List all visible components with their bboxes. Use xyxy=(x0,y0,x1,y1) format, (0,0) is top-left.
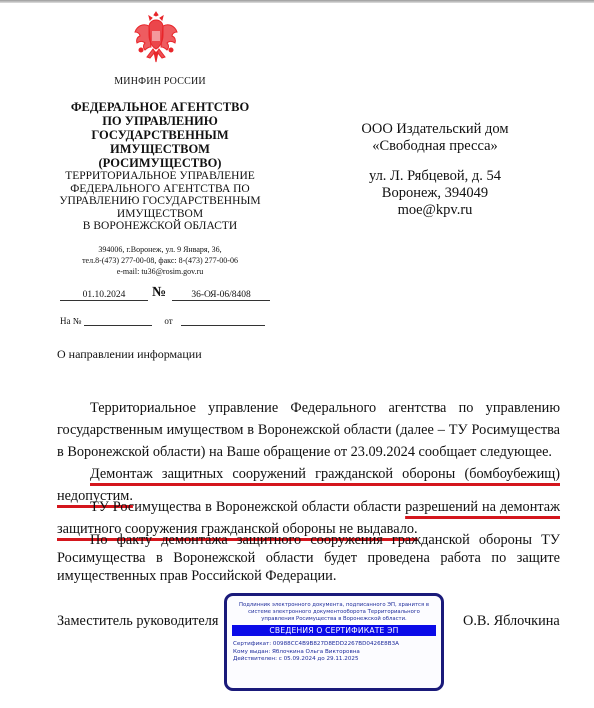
registration-date: 01.10.2024 xyxy=(60,290,148,301)
reply-number-blank xyxy=(84,325,152,326)
page-top-border xyxy=(0,0,594,3)
certificate-validity: Действителен: с 05.09.2024 до 29.11.2025 xyxy=(233,656,441,664)
electronic-signature-stamp: Подлинник электронного документа, подпис… xyxy=(224,593,444,691)
coat-of-arms-icon xyxy=(133,10,179,66)
reply-from-label: от xyxy=(164,316,172,326)
stamp-certificate-info: Сертификат: 00988CC4B9B827D8EDD2267BD042… xyxy=(233,641,441,664)
registration-line: 01.10.2024 № 36-ОЯ-06/8408 xyxy=(60,285,270,301)
reply-reference-line: На № от xyxy=(60,316,265,326)
registration-number: 36-ОЯ-06/8408 xyxy=(172,290,270,301)
number-sign: № xyxy=(152,285,166,301)
certificate-owner: Кому выдан: Яблочкина Ольга Викторовна xyxy=(233,649,441,657)
recipient-address: ул. Л. Рябцевой, д. 54 Воронеж, 394049 m… xyxy=(330,168,540,219)
signatory-role: Заместитель руководителя xyxy=(57,613,218,630)
agency-name: ФЕДЕРАЛЬНОЕ АГЕНТСТВО ПО УПРАВЛЕНИЮ ГОСУ… xyxy=(40,100,280,170)
territorial-office-name: ТЕРРИТОРИАЛЬНОЕ УПРАВЛЕНИЕ ФЕДЕРАЛЬНОГО … xyxy=(40,170,280,233)
stamp-title-bar: СВЕДЕНИЯ О СЕРТИФИКАТЕ ЭП xyxy=(232,625,436,636)
body-paragraph-intro: Территориальное управление Федерального … xyxy=(57,397,560,463)
body-paragraph-property-rights: По факту демонтажа защитного сооружения … xyxy=(57,531,560,585)
signatory-name: О.В. Яблочкина xyxy=(463,613,560,630)
recipient-organization: ООО Издательский дом «Свободная пресса» xyxy=(330,121,540,155)
certificate-id: Сертификат: 00988CC4B9B827D8EDD2267BD042… xyxy=(233,641,441,649)
letter-subject: О направлении информации xyxy=(57,347,202,362)
reply-date-blank xyxy=(181,325,265,326)
ministry-label: МИНФИН РОССИИ xyxy=(40,76,280,87)
reply-number-label: На № xyxy=(60,316,81,326)
sender-address: 394006, г.Воронеж, ул. 9 Января, 36, тел… xyxy=(40,244,280,277)
stamp-header: Подлинник электронного документа, подпис… xyxy=(227,602,441,623)
